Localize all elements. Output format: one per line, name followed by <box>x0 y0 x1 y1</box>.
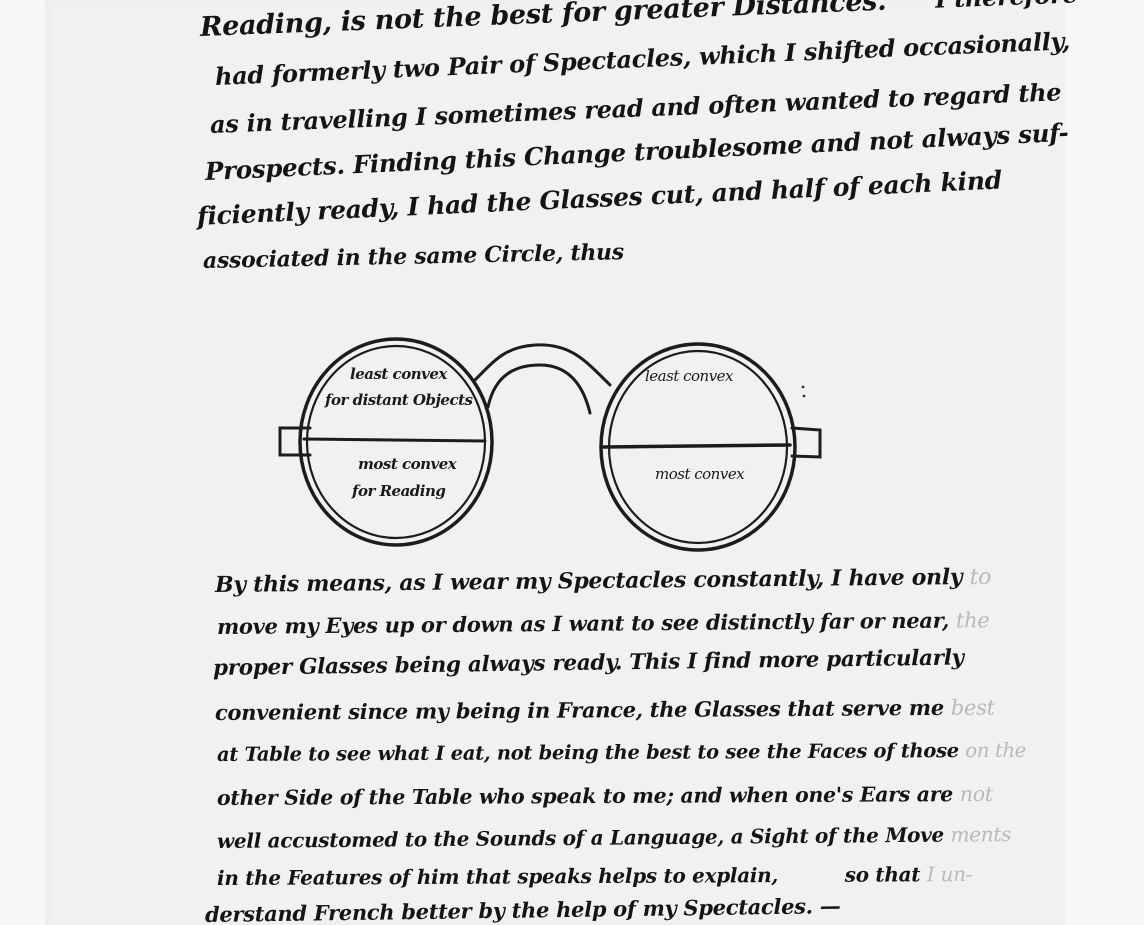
line-text: proper Glasses being always ready. This … <box>213 646 964 681</box>
line-faint-tail: to <box>970 565 992 590</box>
label-line: most convex <box>358 455 456 473</box>
line-text: other Side of the Table who speak to me;… <box>217 782 953 810</box>
label-line: least convex <box>645 367 733 385</box>
line-text: move my Eyes up or down as I want to see… <box>217 608 949 639</box>
label-line: least convex <box>350 365 447 383</box>
left-lens-bottom-label-2: for Reading <box>352 482 445 500</box>
manuscript-line: associated in the same Circle, thus <box>203 239 624 274</box>
bifocal-spectacles-drawing: least convex for distant Objects most co… <box>270 335 835 555</box>
document-viewer: Reading, is not the best for greater Dis… <box>0 0 1144 925</box>
line-faint-tail: not <box>960 782 993 806</box>
line-text: well accustomed to the Sounds of a Langu… <box>217 823 944 853</box>
right-lens-top-label: least convex <box>645 367 733 385</box>
manuscript-line: convenient since my being in France, the… <box>215 695 995 725</box>
manuscript-line: move my Eyes up or down as I want to see… <box>217 607 990 639</box>
left-lens-bottom-label: most convex <box>358 455 456 473</box>
manuscript-line: in the Features of him that speaks helps… <box>217 862 972 890</box>
line-faint-tail: on the <box>965 739 1026 762</box>
line-text: convenient since my being in France, the… <box>215 695 944 725</box>
manuscript-line: at Table to see what I eat, not being th… <box>217 739 1026 766</box>
line-faint-tail: the <box>956 608 990 632</box>
line-text: Reading, is not the best for greater Dis… <box>199 0 886 43</box>
manuscript-line: derstand French better by the help of my… <box>205 893 841 925</box>
right-lens-bottom-label: most convex <box>655 465 744 483</box>
manuscript-line: By this means, as I wear my Spectacles c… <box>215 564 991 598</box>
line-text-end: I therefore <box>935 0 1078 14</box>
manuscript-line: proper Glasses being always ready. This … <box>213 646 964 681</box>
line-text: at Table to see what I eat, not being th… <box>217 739 959 766</box>
line-faint-tail: I un- <box>927 862 972 886</box>
line-text: associated in the same Circle, thus <box>203 239 624 274</box>
label-line: for Reading <box>352 482 445 500</box>
line-text: By this means, as I wear my Spectacles c… <box>215 564 963 598</box>
line-faint-tail: best <box>951 696 995 720</box>
manuscript-line: other Side of the Table who speak to me;… <box>217 782 993 810</box>
manuscript-line: well accustomed to the Sounds of a Langu… <box>217 822 1011 853</box>
left-lens-top-label-2: for distant Objects <box>325 391 472 409</box>
line-text: derstand French better by the help of my… <box>205 893 841 925</box>
manuscript-page: Reading, is not the best for greater Dis… <box>45 0 1065 925</box>
line-text: in the Features of him that speaks helps… <box>217 863 778 890</box>
left-lens-top-label: least convex <box>350 365 447 383</box>
line-text-mid: so that <box>845 862 921 886</box>
label-line: most convex <box>655 465 744 483</box>
label-line: for distant Objects <box>325 391 472 409</box>
line-faint-tail: ments <box>950 822 1011 847</box>
